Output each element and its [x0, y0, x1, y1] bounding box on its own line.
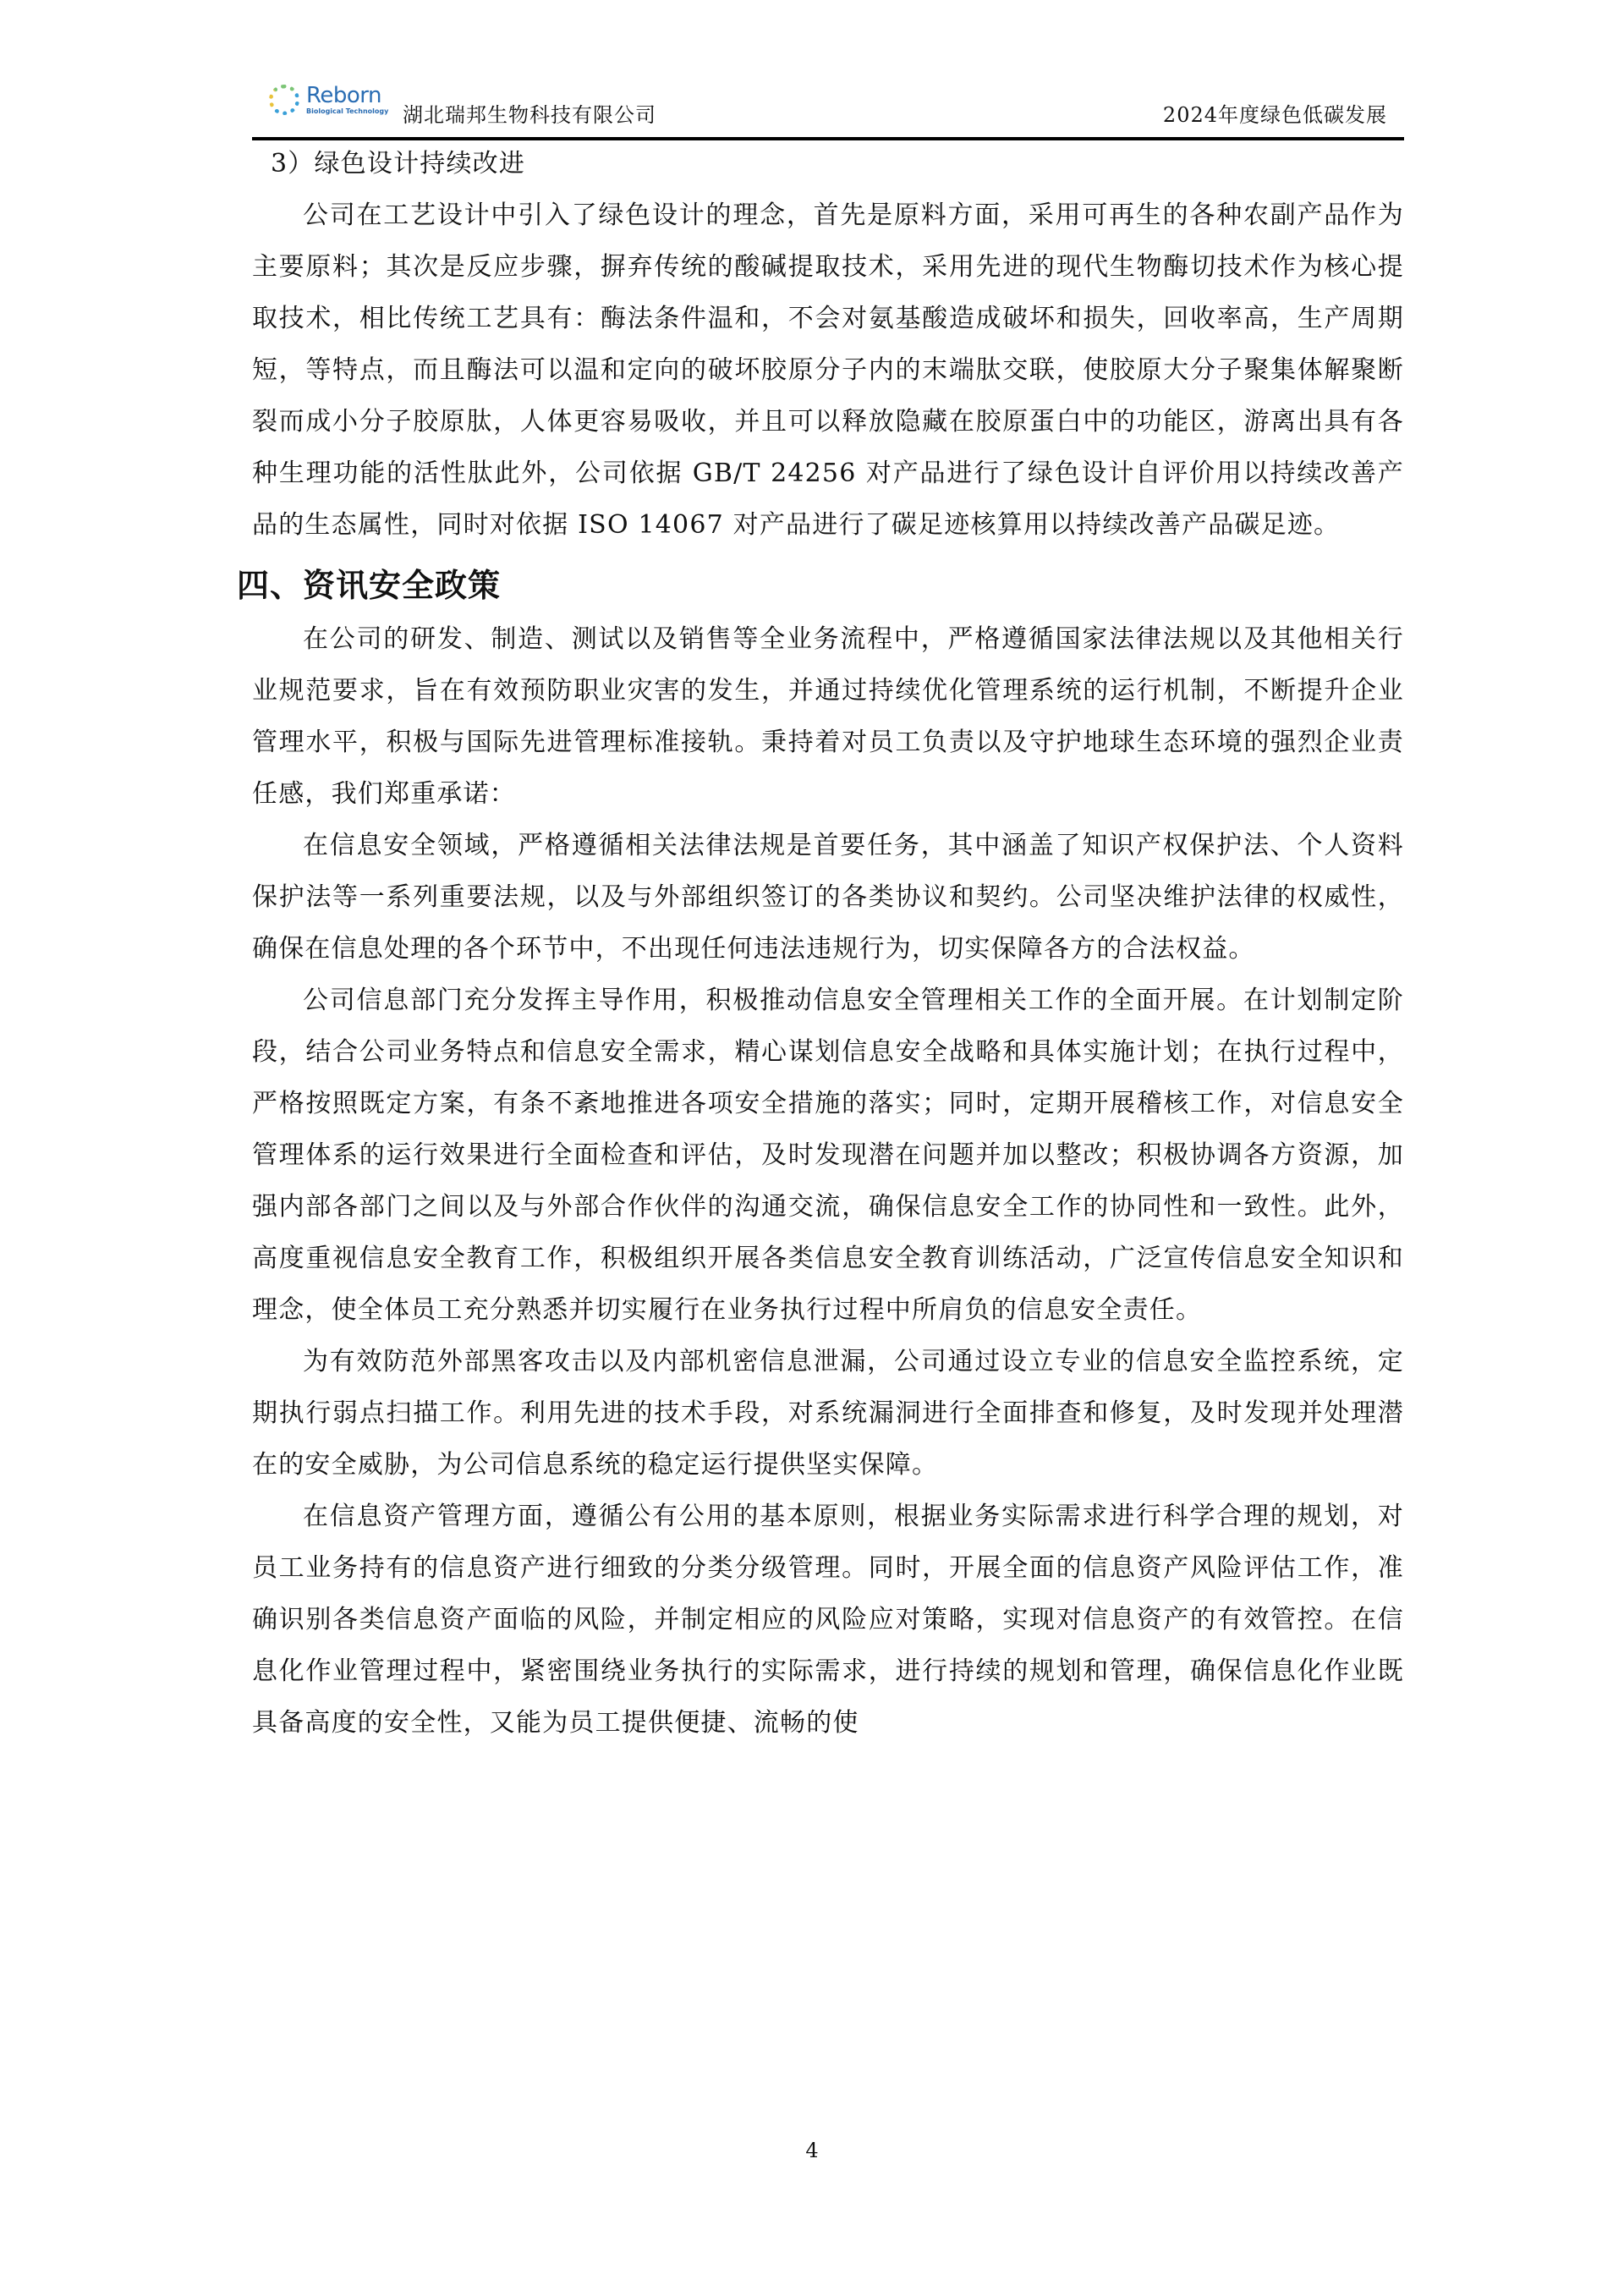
paragraph: 在信息安全领域，严格遵循相关法律法规是首要任务，其中涵盖了知识产权保护法、个人资… — [252, 820, 1404, 975]
logo-ring-icon — [269, 85, 299, 115]
header-company-name: 湖北瑞邦生物科技有限公司 — [403, 98, 656, 128]
section-heading: 四、资讯安全政策 — [237, 558, 1404, 613]
paragraph: 为有效防范外部黑客攻击以及内部机密信息泄漏，公司通过设立专业的信息安全监控系统，… — [252, 1336, 1404, 1491]
company-logo: Reborn Biological Technology — [269, 85, 388, 115]
page-header: Reborn Biological Technology 湖北瑞邦生物科技有限公… — [252, 81, 1404, 140]
logo-text: Reborn Biological Technology — [306, 85, 388, 115]
paragraph: 公司在工艺设计中引入了绿色设计的理念，首先是原料方面，采用可再生的各种农副产品作… — [252, 190, 1404, 551]
page-number: 4 — [0, 2139, 1624, 2162]
paragraph: 在信息资产管理方面，遵循公有公用的基本原则，根据业务实际需求进行科学合理的规划，… — [252, 1491, 1404, 1749]
document-body: 3）绿色设计持续改进 公司在工艺设计中引入了绿色设计的理念，首先是原料方面，采用… — [252, 139, 1404, 1749]
logo-name: Reborn — [306, 85, 388, 107]
subsection-heading: 3）绿色设计持续改进 — [252, 139, 1404, 190]
header-report-title: 2024年度绿色低碳发展 — [1163, 98, 1387, 128]
paragraph: 公司信息部门充分发挥主导作用，积极推动信息安全管理相关工作的全面开展。在计划制定… — [252, 975, 1404, 1336]
logo-subtitle: Biological Technology — [306, 108, 388, 115]
paragraph: 在公司的研发、制造、测试以及销售等全业务流程中，严格遵循国家法律法规以及其他相关… — [252, 613, 1404, 820]
